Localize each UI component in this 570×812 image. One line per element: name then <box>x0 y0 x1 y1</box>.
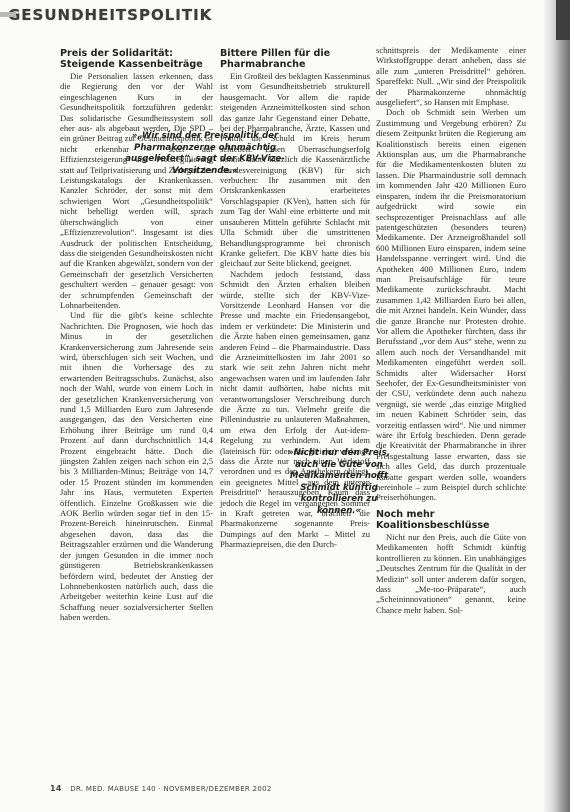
page-fold-shadow <box>544 0 570 812</box>
section-bar <box>0 12 16 17</box>
page-edge <box>556 0 570 40</box>
paragraph: Und für die gibt's keine schlechte Nachr… <box>60 310 213 622</box>
column-1-heading: Preis der Solidarität: Steigende Kassenb… <box>60 48 213 70</box>
column-3-subheading: Noch mehr Koalitionsbeschlüsse <box>376 509 526 531</box>
paragraph: Doch ob Schmidt sein Werben um Zustimmun… <box>376 107 526 502</box>
article-column-3: schnittspreis der Medikamente einer Wirk… <box>376 45 526 615</box>
pull-quote-2: »Nicht nur den Preis, auch die Güte von … <box>280 448 398 517</box>
pull-quote-1: »„Wir sind der Preispolitik der Pharmako… <box>120 131 290 177</box>
column-2-heading: Bittere Pillen für die Pharmabranche <box>220 48 370 70</box>
paragraph: Nicht nur den Preis, auch die Güte von M… <box>376 532 526 615</box>
section-title-text: GESUNDHEITSPOLITIK <box>8 6 212 24</box>
paragraph: Die Personalien lassen erkennen, dass di… <box>60 71 213 310</box>
section-title: GESUNDHEITSPOLITIK <box>8 6 212 24</box>
paragraph: schnittspreis der Medikamente einer Wirk… <box>376 45 526 107</box>
publication-info: DR. MED. MABUSE 140 · NOVEMBER/DEZEMBER … <box>70 785 271 793</box>
page-footer: 14 DR. MED. MABUSE 140 · NOVEMBER/DEZEMB… <box>50 784 272 793</box>
page-number: 14 <box>50 784 62 793</box>
